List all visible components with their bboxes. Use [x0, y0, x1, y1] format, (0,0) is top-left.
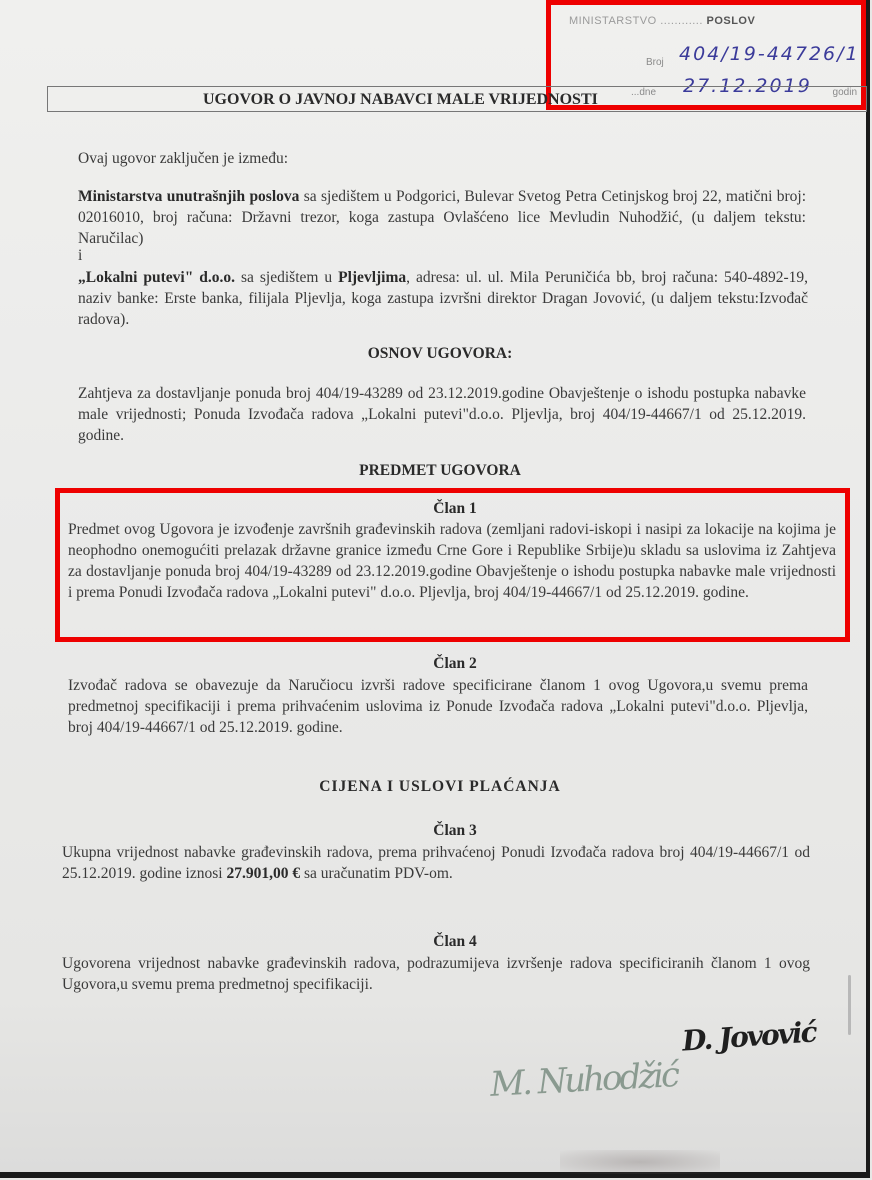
article3-paragraph: Ukupna vrijednost nabavke građevinskih r…: [62, 842, 810, 884]
photo-shadow: [560, 1150, 720, 1174]
stamp-broj-value: 404/19-44726/1: [679, 43, 860, 65]
document-title-box: UGOVOR O JAVNOJ NABAVCI MALE VRIJEDNOSTI: [47, 86, 867, 112]
signature-contractor: D. Jovović: [681, 1015, 817, 1057]
party2-city: Pljevljima: [338, 269, 406, 286]
margin-mark: [848, 975, 851, 1035]
osnov-text: Zahtjeva za dostavljanje ponuda broj 404…: [78, 383, 806, 446]
document-title: UGOVOR O JAVNOJ NABAVCI MALE VRIJEDNOSTI: [203, 91, 598, 109]
intro-text: Ovaj ugovor zaključen je između:: [78, 148, 818, 169]
article1-text: Predmet ovog Ugovora je izvođenje završn…: [68, 519, 836, 603]
article3-title: Član 3: [60, 822, 850, 840]
article2-text: Izvođač radova se obavezuje da Naručiocu…: [68, 675, 808, 738]
stamp-organization: MINISTARSTVO ............ POSLOV: [569, 15, 755, 27]
article4-title: Član 4: [60, 933, 850, 951]
party2-text-a: sa sjedištem u: [235, 269, 338, 286]
section-heading-cijena: CIJENA I USLOVI PLAĆANJA: [60, 778, 820, 796]
section-heading-osnov: OSNOV UGOVORA:: [60, 345, 820, 363]
party1-paragraph: Ministarstva unutrašnjih poslova sa sjed…: [78, 186, 806, 249]
stamp-broj-label: Broj: [646, 57, 664, 68]
contract-amount: 27.901,00 €: [226, 865, 300, 882]
conjunction: i: [78, 245, 82, 266]
article2-title: Član 2: [60, 655, 850, 673]
signature-ministry: M. Nuhodžić: [489, 1055, 678, 1105]
section-heading-predmet: PREDMET UGOVORA: [60, 462, 820, 480]
article3-text-b: sa uračunatim PDV-om.: [300, 865, 453, 882]
party1-name: Ministarstva unutrašnjih poslova: [78, 188, 299, 205]
article1-title: Član 1: [60, 500, 850, 518]
document-page: MINISTARSTVO ............ POSLOV Broj 40…: [0, 0, 870, 1178]
party2-paragraph: „Lokalni putevi" d.o.o. sa sjedištem u P…: [78, 267, 808, 330]
article4-text: Ugovorena vrijednost nabavke građevinski…: [62, 953, 810, 995]
party2-name: „Lokalni putevi" d.o.o.: [78, 269, 235, 286]
